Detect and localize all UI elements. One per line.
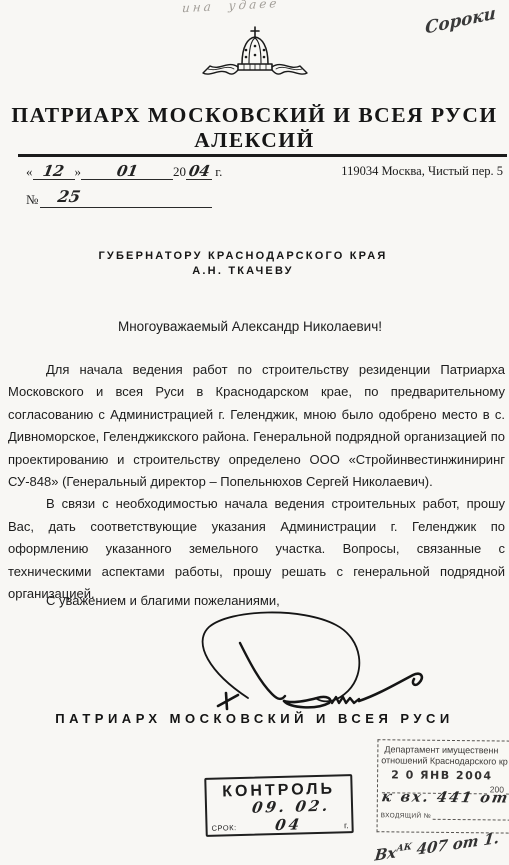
patriarchal-mitre-emblem-icon bbox=[200, 26, 310, 88]
date-month-field: 01 bbox=[81, 163, 173, 180]
letterhead-title: ПАТРИАРХ МОСКОВСКИЙ И ВСЕЯ РУСИ АЛЕКСИЙ bbox=[0, 103, 509, 153]
letterhead-divider bbox=[18, 154, 507, 157]
addressee-line2: А.Н. ТКАЧЕВУ bbox=[0, 264, 486, 279]
number-value: 25 bbox=[57, 187, 83, 206]
control-stamp-term-row: СРОК: 09. 02. 04 г. bbox=[207, 796, 352, 838]
incoming-number-label: ВХОДЯЩИЙ № bbox=[381, 812, 431, 820]
date-line: «12»012004 г. bbox=[26, 163, 222, 180]
incoming-number-blank-line bbox=[433, 814, 509, 821]
incoming-handwritten-number: к вх. 441 от 1. bbox=[380, 788, 509, 807]
control-term-suffix: г. bbox=[344, 820, 349, 832]
addressee-line1: ГУБЕРНАТОРУ КРАСНОДАРСКОГО КРАЯ bbox=[0, 249, 486, 264]
letterhead-title-line2: АЛЕКСИЙ bbox=[0, 128, 509, 153]
letterhead-address: 119034 Москва, Чистый пер. 5 bbox=[341, 164, 503, 179]
handwritten-ink-note-top-right: Сороки bbox=[425, 0, 509, 39]
incoming-date-stamp: 2 0 ЯНВ 2004 bbox=[391, 768, 493, 782]
date-day-value: 12 bbox=[41, 162, 65, 180]
patriarch-signature bbox=[180, 603, 480, 718]
body-paragraph-1: Для начала ведения работ по строительств… bbox=[8, 359, 505, 493]
body-paragraph-2: В связи с необходимостью начала ведения … bbox=[8, 493, 505, 605]
bottom-note-prefix: Вх bbox=[374, 843, 397, 864]
control-term-date: 09. 02. 04 bbox=[234, 796, 347, 835]
incoming-org-line2: отношений Краснодарского кр bbox=[381, 755, 508, 767]
bottom-note-superscript: АК bbox=[396, 842, 412, 854]
control-stamp: КОНТРОЛЬ СРОК: 09. 02. 04 г. bbox=[204, 774, 353, 837]
incoming-number-field: ВХОДЯЩИЙ № bbox=[381, 812, 509, 821]
handwritten-pencil-note-top: ина удаее bbox=[181, 0, 342, 15]
outgoing-number-line: №25 bbox=[26, 190, 212, 208]
date-year-value: 04 bbox=[187, 162, 211, 180]
addressee-block: ГУБЕРНАТОРУ КРАСНОДАРСКОГО КРАЯ А.Н. ТКА… bbox=[0, 249, 486, 279]
date-century: 20 bbox=[173, 164, 186, 179]
bottom-note-rest: 407 от 1. bbox=[416, 829, 500, 859]
letter-body: Для начала ведения работ по строительств… bbox=[8, 359, 505, 605]
date-suffix: г. bbox=[215, 164, 222, 179]
letterhead-title-line1: ПАТРИАРХ МОСКОВСКИЙ И ВСЕЯ РУСИ bbox=[0, 103, 509, 128]
date-day-field: 12 bbox=[33, 163, 75, 180]
signer-title: ПАТРИАРХ МОСКОВСКИЙ И ВСЕЯ РУСИ bbox=[0, 711, 509, 726]
incoming-registration-stamp: Департамент имущественн отношений Красно… bbox=[377, 739, 509, 834]
number-field: 25 bbox=[40, 190, 212, 208]
date-year-field: 04 bbox=[186, 163, 212, 180]
date-month-value: 01 bbox=[115, 162, 139, 180]
number-label: № bbox=[26, 192, 38, 207]
salutation: Многоуважаемый Александр Николаевич! bbox=[0, 319, 500, 334]
scanned-letter-page: ина удаее Сороки ПАТРИАРХ МОСКОВСКИЙ И В… bbox=[0, 0, 509, 865]
